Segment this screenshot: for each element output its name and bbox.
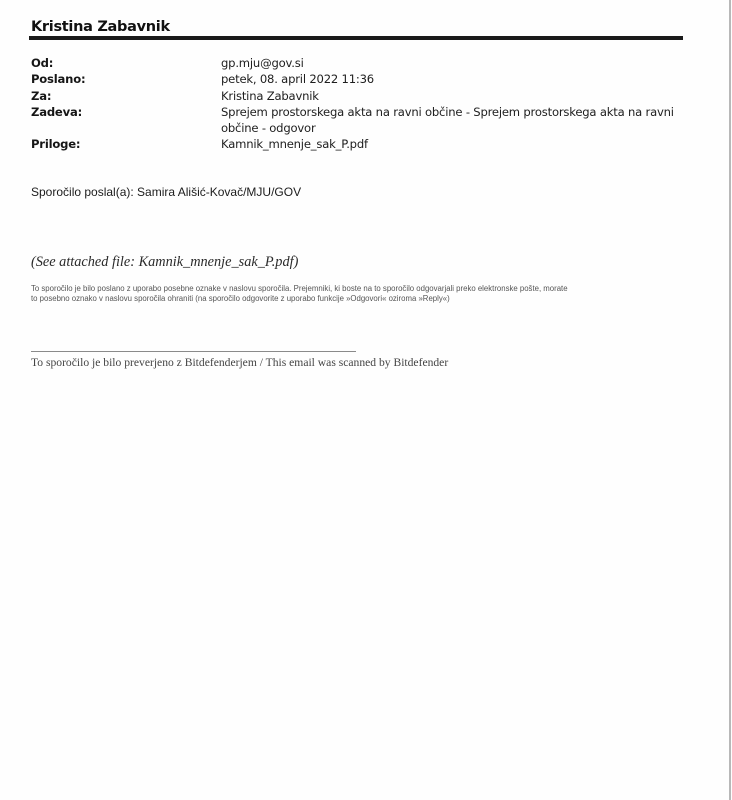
document-title: Kristina Zabavnik [31, 19, 170, 35]
from-value: gp.mju@gov.si [221, 55, 691, 71]
sender-line: Sporočilo poslal(a): Samira Ališić-Kovač… [31, 185, 301, 199]
reply-notice-line-1: To sporočilo je bilo poslano z uporabo p… [31, 284, 691, 294]
header-row-to: Za: Kristina Zabavnik [31, 88, 691, 104]
reply-notice: To sporočilo je bilo poslano z uporabo p… [31, 284, 691, 304]
scan-footer: To sporočilo je bilo preverjeno z Bitdef… [31, 356, 448, 369]
reply-notice-line-2: to posebno oznako v naslovu sporočila oh… [31, 294, 691, 304]
header-row-subject: Zadeva: Sprejem prostorskega akta na rav… [31, 104, 691, 137]
to-label: Za: [31, 88, 221, 104]
footer-divider [31, 351, 356, 352]
header-row-attachments: Priloge: Kamnik_mnenje_sak_P.pdf [31, 136, 691, 152]
subject-line-2: občine - odgovor [221, 120, 691, 136]
attached-file-note: (See attached file: Kamnik_mnenje_sak_P.… [31, 254, 298, 271]
email-header-fields: Od: gp.mju@gov.si Poslano: petek, 08. ap… [31, 55, 691, 153]
subject-label: Zadeva: [31, 104, 221, 137]
title-underline [29, 36, 683, 40]
scan-edge-line [729, 0, 731, 800]
subject-line-1: Sprejem prostorskega akta na ravni občin… [221, 104, 691, 120]
header-row-from: Od: gp.mju@gov.si [31, 55, 691, 71]
from-label: Od: [31, 55, 221, 71]
header-row-sent: Poslano: petek, 08. april 2022 11:36 [31, 71, 691, 87]
attachments-label: Priloge: [31, 136, 221, 152]
to-value: Kristina Zabavnik [221, 88, 691, 104]
scanned-email-page: Kristina Zabavnik Od: gp.mju@gov.si Posl… [0, 0, 732, 800]
sent-label: Poslano: [31, 71, 221, 87]
sent-value: petek, 08. april 2022 11:36 [221, 71, 691, 87]
subject-value: Sprejem prostorskega akta na ravni občin… [221, 104, 691, 137]
attachments-value: Kamnik_mnenje_sak_P.pdf [221, 136, 691, 152]
